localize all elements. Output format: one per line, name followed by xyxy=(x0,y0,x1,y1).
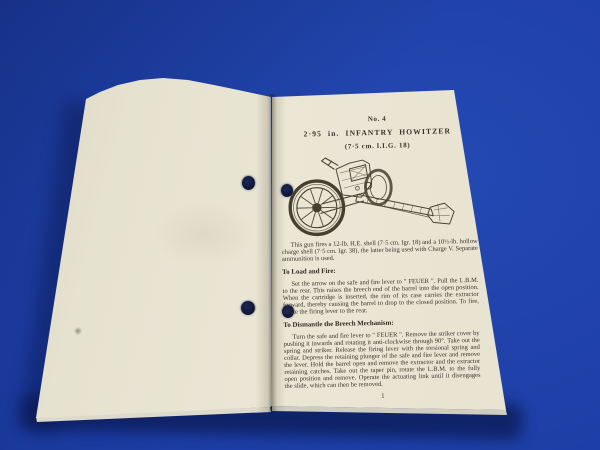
page-subtitle: (7·5 cm. l.I.G. 18) xyxy=(280,140,476,152)
howitzer-illustration xyxy=(282,154,470,238)
section-heading-dismantle: To Dismantle the Breech Mechanism: xyxy=(283,318,479,330)
page-content: No. 4 2·95 in. INFANTRY HOWITZER (7·5 cm… xyxy=(279,113,481,402)
intro-paragraph: This gun fires a 12-lb. H.E. shell (7·5 … xyxy=(282,238,478,263)
punch-hole xyxy=(242,176,255,190)
section-body-dismantle: Turn the safe and fire lever to " FEUER … xyxy=(284,330,481,391)
page-title: 2·95 in. INFANTRY HOWITZER xyxy=(279,126,475,139)
punch-hole xyxy=(241,301,255,315)
section-body-load-fire: Set the arrow on the safe and fire lever… xyxy=(282,277,479,317)
photo-scene: No. 4 2·95 in. INFANTRY HOWITZER (7·5 cm… xyxy=(0,0,600,450)
section-heading-load-fire: To Load and Fire: xyxy=(282,265,478,277)
howitzer-line-art xyxy=(282,154,470,238)
